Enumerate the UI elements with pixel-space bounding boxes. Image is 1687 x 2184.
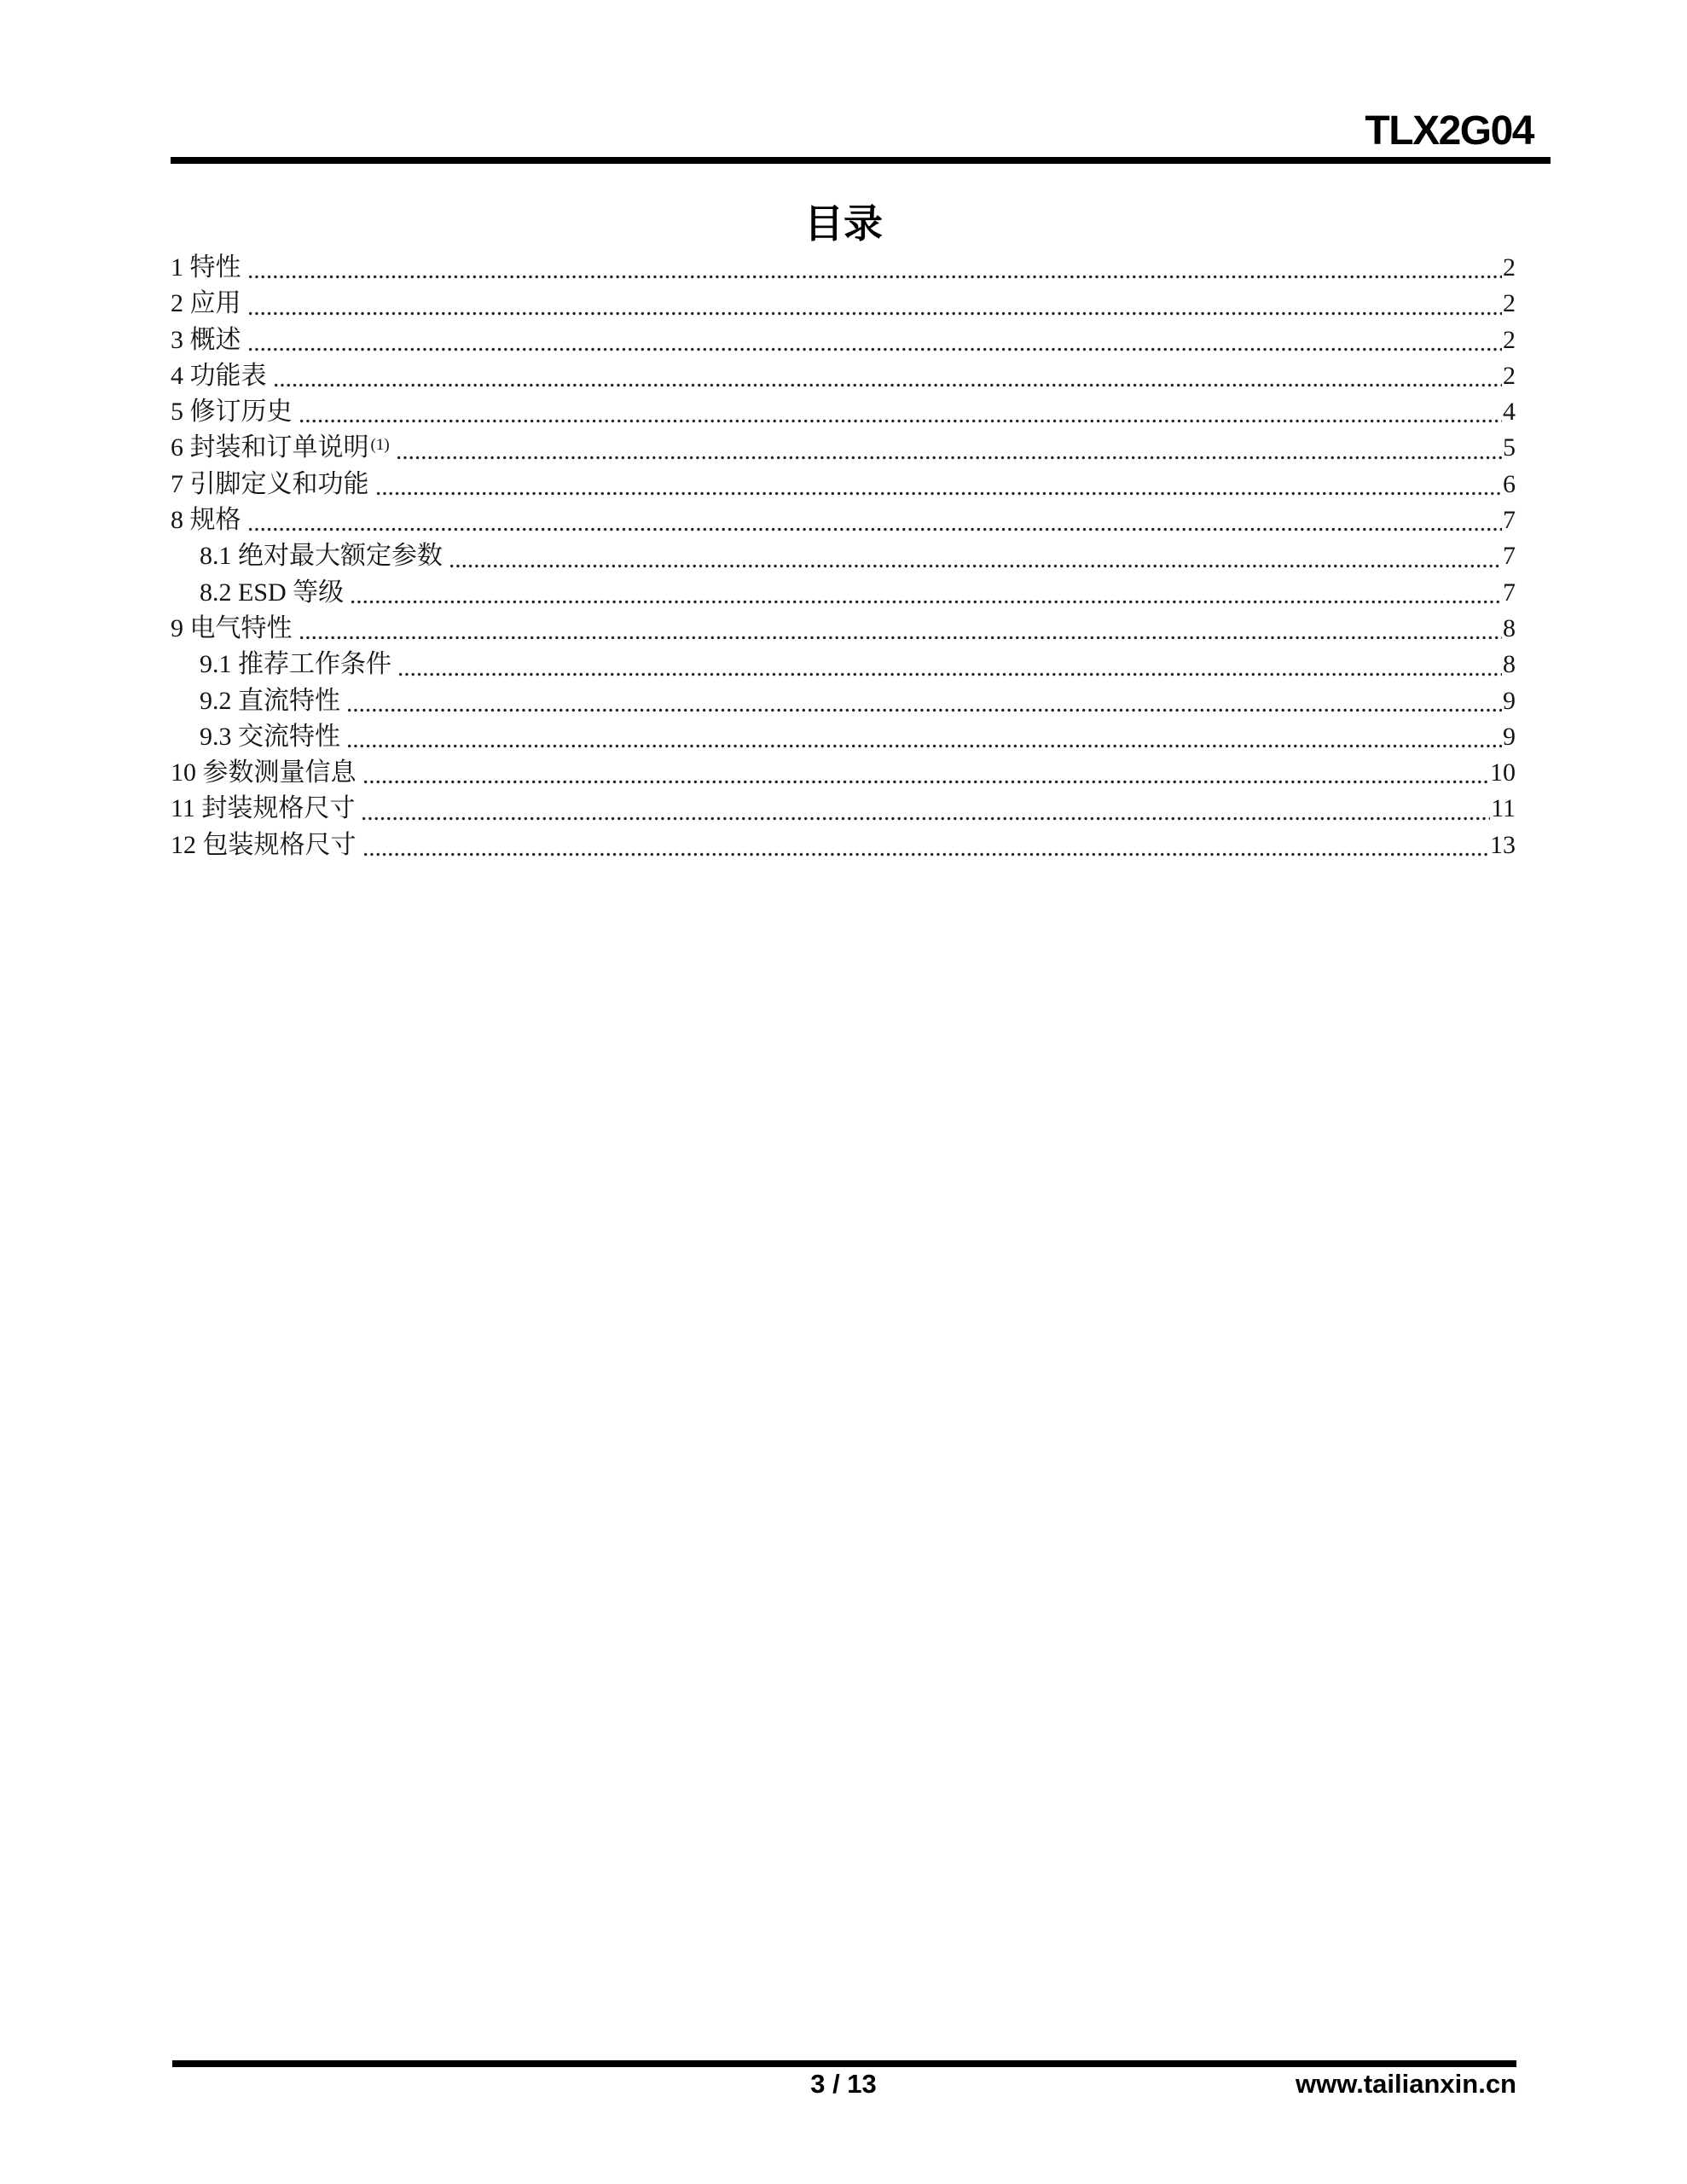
toc-entry-page-number: 5 <box>1503 430 1516 466</box>
toc-entry: 2 应用 2 <box>171 286 1516 322</box>
toc-entry: 9.3 交流特性 9 <box>171 719 1516 755</box>
toc-entry-page-number: 8 <box>1503 611 1516 647</box>
toc-entry: 3 概述 2 <box>171 322 1516 358</box>
toc-entry: 8.1 绝对最大额定参数 7 <box>171 538 1516 574</box>
toc-entry-page-number: 4 <box>1503 394 1516 430</box>
toc-entry-label: 9.3 交流特性 <box>200 719 340 755</box>
document-part-number: TLX2G04 <box>1365 109 1533 154</box>
toc-dot-leader <box>449 564 1502 568</box>
toc-entry-superscript: (1) <box>371 437 390 453</box>
toc-entry-label: 8 规格 <box>171 502 241 538</box>
toc-entry: 1 特性 2 <box>171 250 1516 286</box>
toc-entry: 9.2 直流特性 9 <box>171 683 1516 719</box>
toc-entry: 10 参数测量信息 10 <box>171 755 1516 791</box>
toc-entry-label: 1 特性 <box>171 250 241 286</box>
toc-entry-page-number: 2 <box>1503 358 1516 394</box>
toc-dot-leader <box>361 816 1490 821</box>
toc-entry: 9 电气特性 8 <box>171 611 1516 647</box>
toc-entry-page-number: 7 <box>1503 575 1516 611</box>
toc-entry-page-number: 11 <box>1491 791 1516 827</box>
toc-entry: 7 引脚定义和功能 6 <box>171 467 1516 502</box>
toc-entry-label: 2 应用 <box>171 286 241 322</box>
toc-dot-leader <box>299 636 1503 640</box>
toc-dot-leader <box>396 456 1502 460</box>
toc-dot-leader <box>375 491 1503 496</box>
toc-dot-leader <box>346 708 1502 712</box>
footer-rule <box>172 2060 1516 2067</box>
toc-entry-page-number: 7 <box>1503 538 1516 574</box>
toc-dot-leader <box>273 383 1503 387</box>
document-page: TLX2G04 目录 1 特性 2 2 应用 2 3 概述 2 4 功能表 <box>0 0 1687 2184</box>
toc-entry: 11 封装规格尺寸 11 <box>171 791 1516 827</box>
toc-entry-label: 6 封装和订单说明 <box>171 430 369 466</box>
toc-entry: 6 封装和订单说明 (1) 5 <box>171 430 1516 466</box>
toc-entry-page-number: 8 <box>1503 647 1516 682</box>
toc-entry-page-number: 9 <box>1503 683 1516 719</box>
toc-entry-page-number: 13 <box>1490 828 1516 863</box>
toc-entry: 8 规格 7 <box>171 502 1516 538</box>
toc-entry-page-number: 9 <box>1503 719 1516 755</box>
toc-entry-label: 3 概述 <box>171 322 241 358</box>
toc-dot-leader <box>362 852 1490 857</box>
toc-entry: 9.1 推荐工作条件 8 <box>171 647 1516 682</box>
toc-entry-page-number: 7 <box>1503 502 1516 538</box>
toc-dot-leader <box>362 780 1490 784</box>
toc-dot-leader <box>397 672 1502 677</box>
toc-entry-label: 11 封装规格尺寸 <box>171 791 355 827</box>
toc-entry-page-number: 2 <box>1503 250 1516 286</box>
toc-entry: 4 功能表 2 <box>171 358 1516 394</box>
company-website: www.tailianxin.cn <box>1296 2070 1516 2099</box>
toc-entry-page-number: 6 <box>1503 467 1516 502</box>
toc-entry-label: 9.1 推荐工作条件 <box>200 647 391 682</box>
toc-entry-label: 8.1 绝对最大额定参数 <box>200 538 443 574</box>
toc-entry: 8.2 ESD 等级 7 <box>171 575 1516 611</box>
toc-entry-page-number: 10 <box>1490 755 1516 791</box>
toc-entry-label: 9 电气特性 <box>171 611 293 647</box>
toc-title: 目录 <box>0 200 1687 247</box>
toc-entry-label: 5 修订历史 <box>171 394 293 430</box>
toc-entry-page-number: 2 <box>1503 322 1516 358</box>
toc-entry-label: 9.2 直流特性 <box>200 683 340 719</box>
toc-entry-label: 12 包装规格尺寸 <box>171 828 357 863</box>
toc-dot-leader <box>247 347 1503 351</box>
toc-entry-label: 10 参数测量信息 <box>171 755 357 791</box>
header-rule <box>171 157 1551 164</box>
toc-dot-leader <box>247 275 1503 279</box>
toc-dot-leader <box>346 744 1502 748</box>
toc-entry-label: 4 功能表 <box>171 358 267 394</box>
toc-dot-leader <box>350 600 1502 604</box>
toc-dot-leader <box>247 527 1503 531</box>
toc-entry-page-number: 2 <box>1503 286 1516 322</box>
toc-entry: 5 修订历史 4 <box>171 394 1516 430</box>
toc-entry: 12 包装规格尺寸 13 <box>171 828 1516 863</box>
toc-list: 1 特性 2 2 应用 2 3 概述 2 4 功能表 2 5 修订历史 <box>171 250 1516 863</box>
toc-dot-leader <box>247 311 1503 316</box>
toc-dot-leader <box>299 419 1503 423</box>
toc-entry-label: 7 引脚定义和功能 <box>171 467 369 502</box>
toc-entry-label: 8.2 ESD 等级 <box>200 575 344 611</box>
